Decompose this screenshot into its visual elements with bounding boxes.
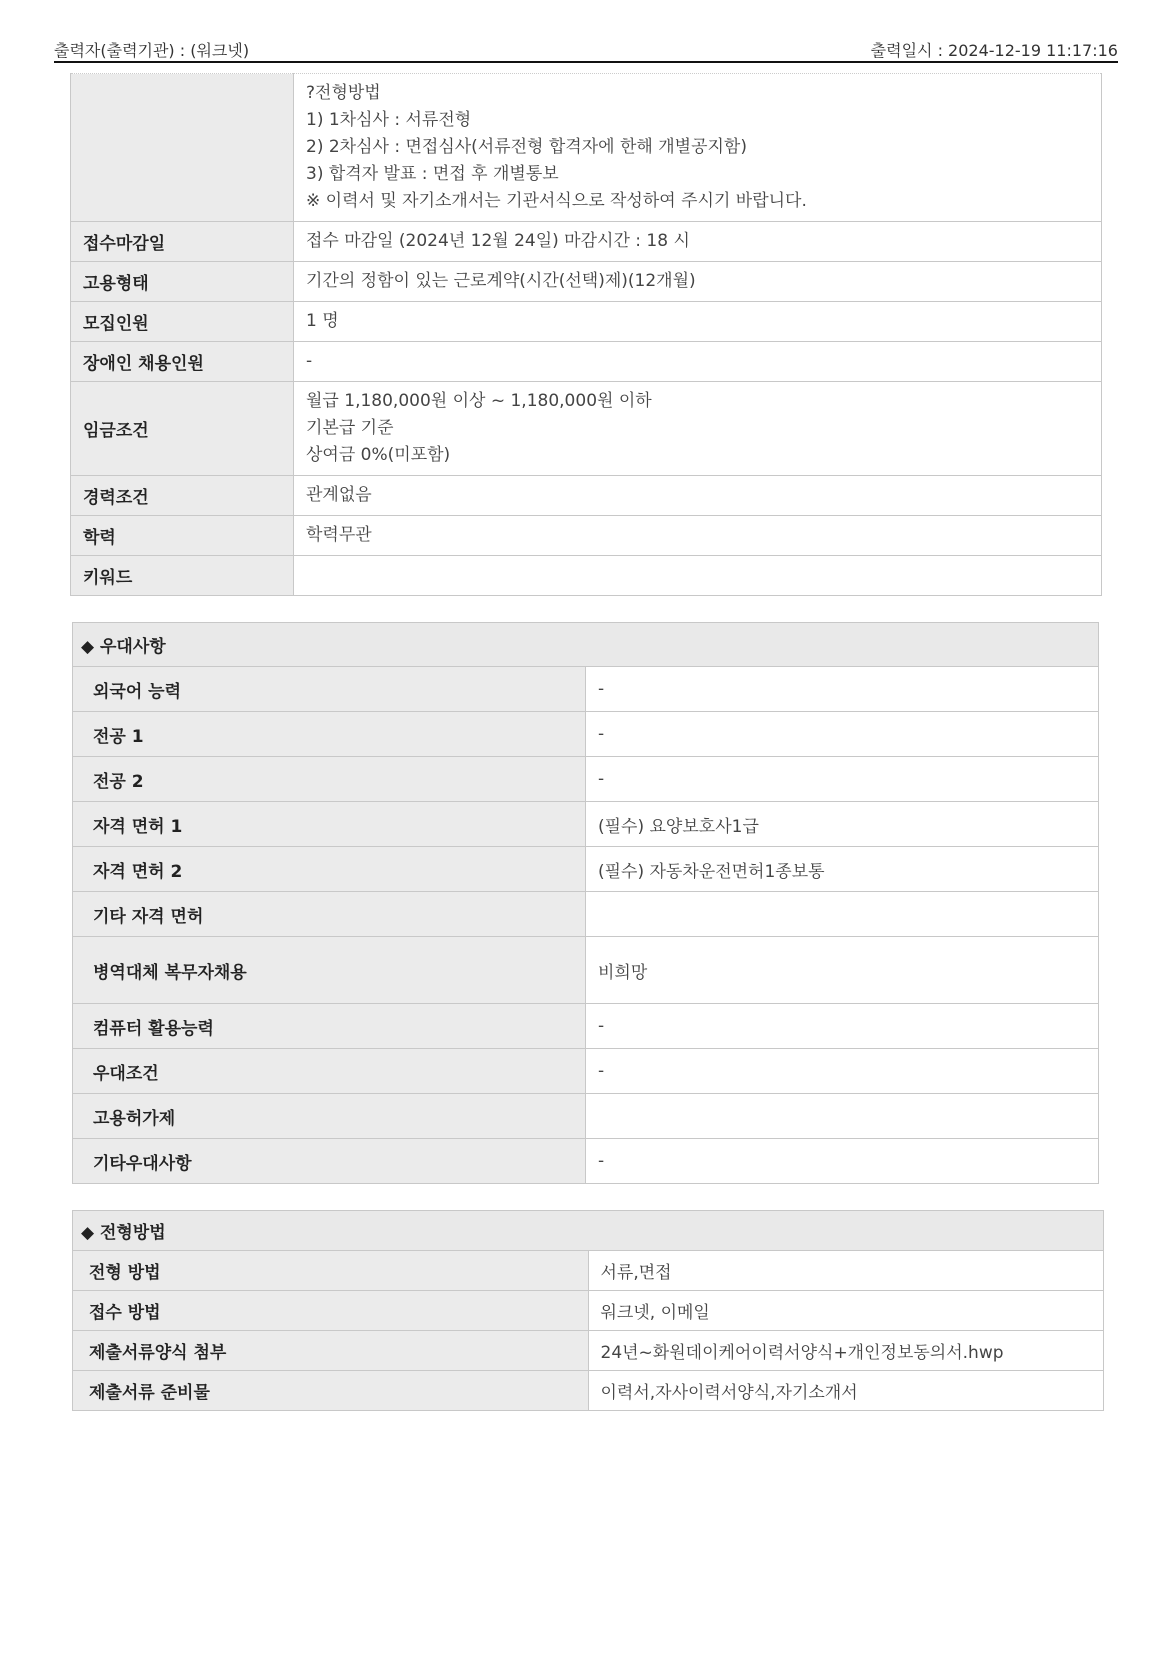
row-label: 전형 방법 — [73, 1251, 589, 1291]
row-label: 고용허가제 — [73, 1094, 586, 1139]
table-row: 접수마감일 접수 마감일 (2024년 12월 24일) 마감시간 : 18 시 — [71, 222, 1102, 262]
row-label: 접수 방법 — [73, 1291, 589, 1331]
row-value: - — [586, 667, 1099, 712]
table-row: 모집인원 1 명 — [71, 302, 1102, 342]
table-row: 고용형태 기간의 정함이 있는 근로계약(시간(선택)제)(12개월) — [71, 262, 1102, 302]
row-label: 병역대체 복무자채용 — [73, 937, 586, 1004]
row-label: 외국어 능력 — [73, 667, 586, 712]
row-label: 임금조건 — [71, 382, 294, 476]
table-row: 전공 2 - — [73, 757, 1099, 802]
table-row: 키워드 — [71, 556, 1102, 596]
wage-conditions-value: 월급 1,180,000원 이상 ~ 1,180,000원 이하 기본급 기준 … — [294, 382, 1102, 476]
deadline-value: 접수 마감일 (2024년 12월 24일) 마감시간 : 18 시 — [294, 222, 1102, 262]
table-row: 제출서류 준비물 이력서,자사이력서양식,자기소개서 — [73, 1371, 1104, 1411]
row-label: 경력조건 — [71, 476, 294, 516]
section-header: ◆ 전형방법 — [73, 1211, 1104, 1251]
row-label: 제출서류 준비물 — [73, 1371, 589, 1411]
attachment-link[interactable]: 24년~화원데이케어이력서양식+개인정보동의서.hwp — [588, 1331, 1104, 1371]
table-row: 우대조건 - — [73, 1049, 1099, 1094]
table-row: 자격 면허 1 (필수) 요양보호사1급 — [73, 802, 1099, 847]
row-value: (필수) 요양보호사1급 — [586, 802, 1099, 847]
table-row: 병역대체 복무자채용 비희망 — [73, 937, 1099, 1004]
printer-info: 출력자(출력기관) : (워크넷) — [54, 38, 249, 61]
row-value: 서류,면접 — [588, 1251, 1104, 1291]
table-row: 접수 방법 워크넷, 이메일 — [73, 1291, 1104, 1331]
experience-value: 관계없음 — [294, 476, 1102, 516]
section-header: ◆ 우대사항 — [73, 623, 1099, 667]
row-value: 비희망 — [586, 937, 1099, 1004]
row-label: 기타 자격 면허 — [73, 892, 586, 937]
employment-type-value: 기간의 정함이 있는 근로계약(시간(선택)제)(12개월) — [294, 262, 1102, 302]
row-label: 우대조건 — [73, 1049, 586, 1094]
row-value: (필수) 자동차운전면허1종보통 — [586, 847, 1099, 892]
print-datetime: 출력일시 : 2024-12-19 11:17:16 — [871, 38, 1118, 61]
row-value: - — [586, 757, 1099, 802]
table-row: 전형 방법 서류,면접 — [73, 1251, 1104, 1291]
table-row: 외국어 능력 - — [73, 667, 1099, 712]
row-label: 모집인원 — [71, 302, 294, 342]
row-label: 고용형태 — [71, 262, 294, 302]
row-label — [71, 74, 294, 222]
row-label: 컴퓨터 활용능력 — [73, 1004, 586, 1049]
keywords-value — [294, 556, 1102, 596]
table-row: 경력조건 관계없음 — [71, 476, 1102, 516]
job-details-table: ?전형방법 1) 1차심사 : 서류전형 2) 2차심사 : 면접심사(서류전형… — [70, 73, 1102, 596]
row-value: - — [586, 1004, 1099, 1049]
section-title: ◆ 전형방법 — [73, 1211, 1104, 1251]
row-label: 자격 면허 2 — [73, 847, 586, 892]
row-label: 학력 — [71, 516, 294, 556]
section-title: ◆ 우대사항 — [73, 623, 1099, 667]
table-row: 장애인 채용인원 - — [71, 342, 1102, 382]
row-label: 접수마감일 — [71, 222, 294, 262]
row-value: - — [586, 712, 1099, 757]
row-label: 기타우대사항 — [73, 1139, 586, 1184]
table-row: 제출서류양식 첨부 24년~화원데이케어이력서양식+개인정보동의서.hwp — [73, 1331, 1104, 1371]
row-value: 워크넷, 이메일 — [588, 1291, 1104, 1331]
row-label: 키워드 — [71, 556, 294, 596]
table-row: ?전형방법 1) 1차심사 : 서류전형 2) 2차심사 : 면접심사(서류전형… — [71, 74, 1102, 222]
row-value: 이력서,자사이력서양식,자기소개서 — [588, 1371, 1104, 1411]
headcount-value: 1 명 — [294, 302, 1102, 342]
preferences-table: ◆ 우대사항 외국어 능력 - 전공 1 - 전공 2 - 자격 면허 1 (필… — [72, 622, 1099, 1184]
education-value: 학력무관 — [294, 516, 1102, 556]
row-label: 전공 1 — [73, 712, 586, 757]
print-header: 출력자(출력기관) : (워크넷) 출력일시 : 2024-12-19 11:1… — [54, 34, 1118, 63]
table-row: 컴퓨터 활용능력 - — [73, 1004, 1099, 1049]
table-row: 학력 학력무관 — [71, 516, 1102, 556]
table-row: 임금조건 월급 1,180,000원 이상 ~ 1,180,000원 이하 기본… — [71, 382, 1102, 476]
row-label: 자격 면허 1 — [73, 802, 586, 847]
table-row: 자격 면허 2 (필수) 자동차운전면허1종보통 — [73, 847, 1099, 892]
row-label: 장애인 채용인원 — [71, 342, 294, 382]
table-row: 기타우대사항 - — [73, 1139, 1099, 1184]
row-value — [586, 892, 1099, 937]
row-label: 제출서류양식 첨부 — [73, 1331, 589, 1371]
table-row: 기타 자격 면허 — [73, 892, 1099, 937]
row-label: 전공 2 — [73, 757, 586, 802]
table-row: 고용허가제 — [73, 1094, 1099, 1139]
row-value — [586, 1094, 1099, 1139]
row-value: - — [586, 1049, 1099, 1094]
row-value: - — [586, 1139, 1099, 1184]
disabled-hiring-value: - — [294, 342, 1102, 382]
selection-process-note: ?전형방법 1) 1차심사 : 서류전형 2) 2차심사 : 면접심사(서류전형… — [294, 74, 1102, 222]
table-row: 전공 1 - — [73, 712, 1099, 757]
selection-method-table: ◆ 전형방법 전형 방법 서류,면접 접수 방법 워크넷, 이메일 제출서류양식… — [72, 1210, 1104, 1411]
